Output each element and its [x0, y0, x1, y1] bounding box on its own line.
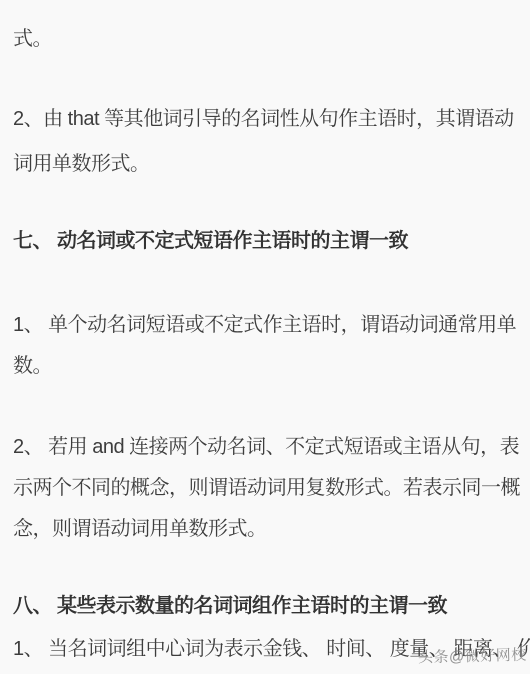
text-line: 1、 单个动名词短语或不定式作主语时，谓语动词通常用单	[13, 311, 516, 339]
text-line: 念，则谓语动词用单数形式。	[13, 515, 267, 543]
section-heading: 八、 某些表示数量的名词词组作主语时的主谓一致	[13, 592, 447, 620]
text-line: 数。	[13, 352, 52, 380]
text-line: 2、 若用 and 连接两个动名词、不定式短语或主语从句，表	[13, 433, 519, 461]
watermark: 头条@微好网校	[418, 644, 527, 668]
text-line: 词用单数形式。	[13, 150, 150, 178]
text-line: 示两个不同的概念，则谓语动词用复数形式。若表示同一概	[13, 474, 520, 502]
document-page: 式。 2、由 that 等其他词引导的名词性从句作主语时，其谓语动 词用单数形式…	[0, 0, 530, 674]
section-heading: 七、 动名词或不定式短语作主语时的主谓一致	[13, 227, 408, 255]
text-line: 2、由 that 等其他词引导的名词性从句作主语时，其谓语动	[13, 105, 514, 133]
text-line: 式。	[13, 25, 52, 53]
